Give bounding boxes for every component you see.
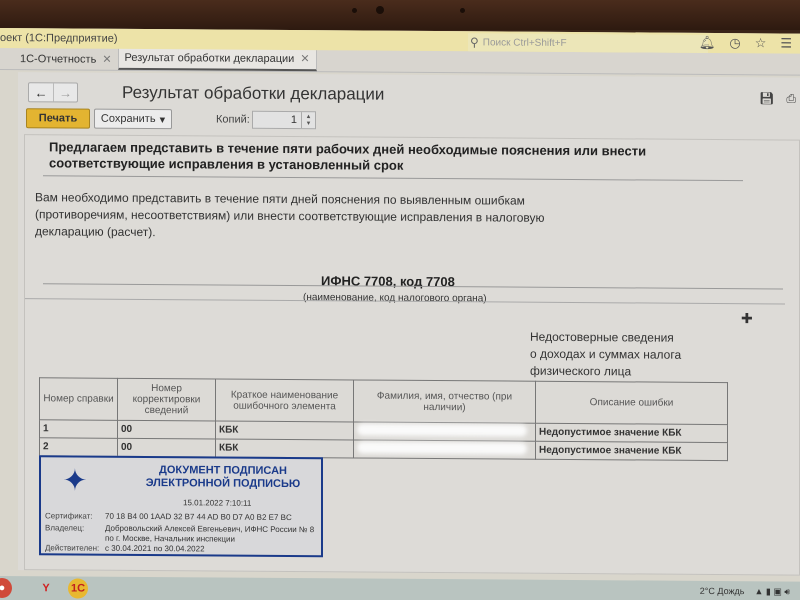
e-signature-stamp: ✦ ДОКУМЕНТ ПОДПИСАН ЭЛЕКТРОННОЙ ПОДПИСЬЮ…: [39, 455, 323, 557]
search-input[interactable]: ⚲ Поиск Ctrl+Shift+F: [468, 33, 708, 53]
save-dropdown-button[interactable]: Сохранить ▾: [94, 109, 172, 130]
col-header: Номер корректировки сведений: [118, 378, 216, 421]
cert-value: 70 18 B4 00 1AAD 32 B7 44 AD B0 D7 A0 B2…: [105, 512, 320, 524]
page-title: Результат обработки декларации: [122, 83, 384, 105]
doc-body: Вам необходимо представить в течение пят…: [35, 189, 595, 244]
valid-row: Действителен: с 30.04.2021 по 30.04.2022: [45, 543, 320, 555]
forward-arrow-icon[interactable]: →: [53, 83, 77, 101]
cursor-plus-icon: ✚: [741, 310, 753, 327]
cell-corr: 00: [118, 438, 216, 457]
up-icon[interactable]: ▴: [307, 113, 311, 120]
note-line: Недостоверные сведения: [530, 329, 681, 347]
form-area: ← → Результат обработки декларации Печат…: [18, 72, 800, 575]
valid-label: Действителен:: [45, 543, 105, 553]
tab-declaration-result[interactable]: Результат обработки декларации ✕: [118, 47, 317, 71]
screen: оект (1С:Предприятие) ⚲ Поиск Ctrl+Shift…: [0, 28, 800, 600]
table-header-row: Номер справки Номер корректировки сведен…: [40, 378, 728, 425]
stamp-title: ДОКУМЕНТ ПОДПИСАН ЭЛЕКТРОННОЙ ПОДПИСЬЮ: [133, 464, 313, 491]
doc-header: Предлагаем представить в течение пяти ра…: [49, 139, 719, 176]
bell-icon[interactable]: 🔔︎: [699, 35, 716, 51]
valid-value: с 30.04.2021 по 30.04.2022: [105, 544, 320, 556]
owner-row: Владелец: Добровольский Алексей Евгеньев…: [45, 523, 320, 545]
cell-element: КБК: [216, 439, 354, 458]
divider: [43, 175, 743, 181]
weather[interactable]: 2°C Дождь: [700, 586, 745, 597]
stamp-datetime: 15.01.2022 7:10:11: [183, 498, 251, 507]
tab-label: Результат обработки декларации: [125, 51, 295, 64]
cell-fio-redacted: [354, 422, 536, 441]
search-icon: ⚲: [470, 35, 479, 49]
nav-buttons: ← →: [28, 82, 78, 102]
errors-table: Номер справки Номер корректировки сведен…: [39, 377, 728, 461]
1c-icon[interactable]: 1С: [68, 578, 88, 598]
window-title: оект (1С:Предприятие): [0, 32, 118, 45]
cert-label: Сертификат:: [45, 511, 105, 521]
chrome-icon[interactable]: ●: [0, 578, 12, 598]
cell-desc: Недопустимое значение КБК: [536, 441, 728, 460]
col-header: Краткое наименование ошибочного элемента: [216, 379, 354, 422]
cell-num: 1: [40, 420, 118, 439]
redaction: [357, 441, 527, 454]
chevron-down-icon: ▾: [160, 113, 166, 126]
doc-actions: 💾︎ ⎙: [759, 91, 796, 106]
cell-desc: Недопустимое значение КБК: [536, 423, 728, 442]
spin-buttons[interactable]: ▴▾: [301, 112, 315, 128]
camera-lens: [376, 6, 384, 14]
close-icon[interactable]: ✕: [102, 53, 111, 66]
history-icon[interactable]: ◷: [729, 35, 740, 51]
laptop-bezel: [0, 0, 800, 30]
col-header: Номер справки: [40, 378, 118, 421]
save-label: Сохранить: [101, 113, 156, 125]
redaction: [357, 423, 527, 436]
copies-value: 1: [291, 114, 297, 126]
down-icon[interactable]: ▾: [307, 120, 311, 127]
note: Недостоверные сведения о доходах и сумма…: [530, 329, 681, 381]
sensor-dot: [460, 8, 465, 13]
cell-fio-redacted: [354, 440, 536, 459]
print-button[interactable]: Печать: [26, 108, 90, 128]
cell-num: 2: [40, 438, 118, 457]
taskbar: ● Y 1С 2°C Дождь ▲ ▮ ▣ 🔊︎: [0, 576, 800, 600]
owner-label: Владелец:: [45, 523, 105, 543]
top-icons: 🔔︎ ◷ ☆ ☰: [699, 35, 800, 52]
stamp-title-line: ЭЛЕКТРОННОЙ ПОДПИСЬЮ: [133, 477, 313, 491]
owner-value: Добровольский Алексей Евгеньевич, ИФНС Р…: [105, 524, 320, 546]
note-line: о доходах и суммах налога: [530, 346, 681, 364]
system-tray: 2°C Дождь ▲ ▮ ▣ 🔊︎: [700, 586, 790, 598]
tray-icons[interactable]: ▲ ▮ ▣ 🔊︎: [754, 586, 790, 597]
star-icon[interactable]: ☆: [755, 35, 767, 51]
copies-label: Копий:: [216, 114, 250, 126]
camera-dot: [352, 8, 357, 13]
close-icon[interactable]: ✕: [300, 52, 309, 65]
cell-element: КБК: [216, 421, 354, 440]
note-line: физического лица: [530, 363, 681, 381]
tab-1c-reporting[interactable]: 1С-Отчетность ✕: [0, 49, 118, 70]
cert-row: Сертификат: 70 18 B4 00 1AAD 32 B7 44 AD…: [45, 511, 320, 523]
menu-icon[interactable]: ☰: [780, 35, 792, 51]
coat-of-arms-icon: ✦: [57, 461, 93, 501]
printer-icon[interactable]: ⎙: [786, 91, 796, 106]
search-placeholder: Поиск Ctrl+Shift+F: [483, 37, 567, 49]
tab-label: 1С-Отчетность: [20, 53, 96, 66]
col-header: Описание ошибки: [536, 381, 728, 424]
floppy-save-icon[interactable]: 💾︎: [759, 91, 774, 106]
stamp-title-line: ДОКУМЕНТ ПОДПИСАН: [133, 464, 313, 478]
document-view: Предлагаем представить в течение пяти ра…: [24, 134, 800, 575]
back-arrow-icon[interactable]: ←: [29, 83, 53, 101]
tax-organ-caption: (наименование, код налогового органа): [303, 292, 487, 304]
col-header: Фамилия, имя, отчество (при наличии): [354, 380, 536, 423]
cell-corr: 00: [118, 420, 216, 439]
yandex-icon[interactable]: Y: [36, 578, 56, 598]
copies-stepper[interactable]: 1 ▴▾: [252, 111, 316, 129]
